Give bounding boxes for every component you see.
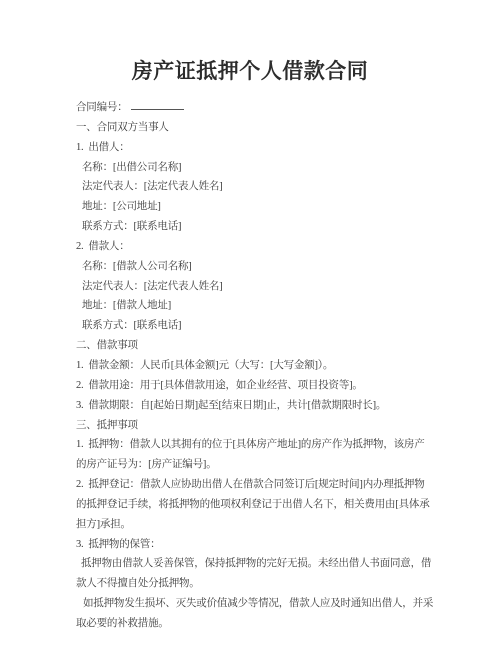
registration-line-1: 2. 抵押登记：借款人应协助出借人在借款合同签订后[规定时间]内办理抵押物 bbox=[76, 475, 430, 495]
registration-line-2: 的抵押登记手续，将抵押物的他项权利登记于出借人名下，相关费用由[具体承 bbox=[76, 495, 430, 515]
custody-para-line-2: 款人不得擅自处分抵押物。 bbox=[76, 574, 430, 594]
lender-address-line: 地址：[公司地址] bbox=[76, 197, 430, 217]
loan-term-line: 3. 借款期限：自[起始日期]起至[结束日期]止，共计[借款期限时长]。 bbox=[76, 396, 430, 416]
section-2-heading: 二、借款事项 bbox=[76, 336, 430, 356]
borrower-address-line: 地址：[借款人地址] bbox=[76, 296, 430, 316]
damage-para-line-1: 如抵押物发生损坏、灭失或价值减少等情况，借款人应及时通知出借人，并采 bbox=[76, 594, 430, 614]
document-title: 房产证抵押个人借款合同 bbox=[0, 0, 500, 86]
lender-contact-line: 联系方式：[联系电话] bbox=[76, 217, 430, 237]
custody-para-line-1: 抵押物由借款人妥善保管，保持抵押物的完好无损。未经出借人书面同意，借 bbox=[76, 554, 430, 574]
borrower-contact-line: 联系方式：[联系电话] bbox=[76, 316, 430, 336]
borrower-legal-rep-line: 法定代表人：[法定代表人姓名] bbox=[76, 277, 430, 297]
section-3-heading: 三、抵押事项 bbox=[76, 416, 430, 436]
custody-item-heading: 3. 抵押物的保管： bbox=[76, 535, 430, 555]
loan-amount-line: 1. 借款金额：人民币[具体金额]元（大写：[大写金额]）。 bbox=[76, 356, 430, 376]
collateral-line-1: 1. 抵押物：借款人以其拥有的位于[具体房产地址]的房产作为抵押物，该房产 bbox=[76, 435, 430, 455]
lender-item-heading: 1. 出借人： bbox=[76, 138, 430, 158]
section-1-heading: 一、合同双方当事人 bbox=[76, 118, 430, 138]
contract-number-line: 合同编号： bbox=[76, 98, 430, 118]
registration-line-3: 担方]承担。 bbox=[76, 515, 430, 535]
borrower-item-heading: 2. 借款人： bbox=[76, 237, 430, 257]
lender-name-line: 名称：[出借公司名称] bbox=[76, 158, 430, 178]
loan-purpose-line: 2. 借款用途：用于[具体借款用途，如企业经营、项目投资等]。 bbox=[76, 376, 430, 396]
collateral-line-2: 的房产证号为：[房产证编号]。 bbox=[76, 455, 430, 475]
contract-number-label: 合同编号： bbox=[76, 102, 128, 113]
document-body: 合同编号： 一、合同双方当事人 1. 出借人： 名称：[出借公司名称] 法定代表… bbox=[0, 86, 500, 634]
contract-number-blank bbox=[131, 98, 184, 110]
damage-para-line-2: 取必要的补救措施。 bbox=[76, 614, 430, 634]
contract-document-page: 房产证抵押个人借款合同 合同编号： 一、合同双方当事人 1. 出借人： 名称：[… bbox=[0, 0, 500, 657]
lender-legal-rep-line: 法定代表人：[法定代表人姓名] bbox=[76, 177, 430, 197]
borrower-name-line: 名称：[借款人公司名称] bbox=[76, 257, 430, 277]
